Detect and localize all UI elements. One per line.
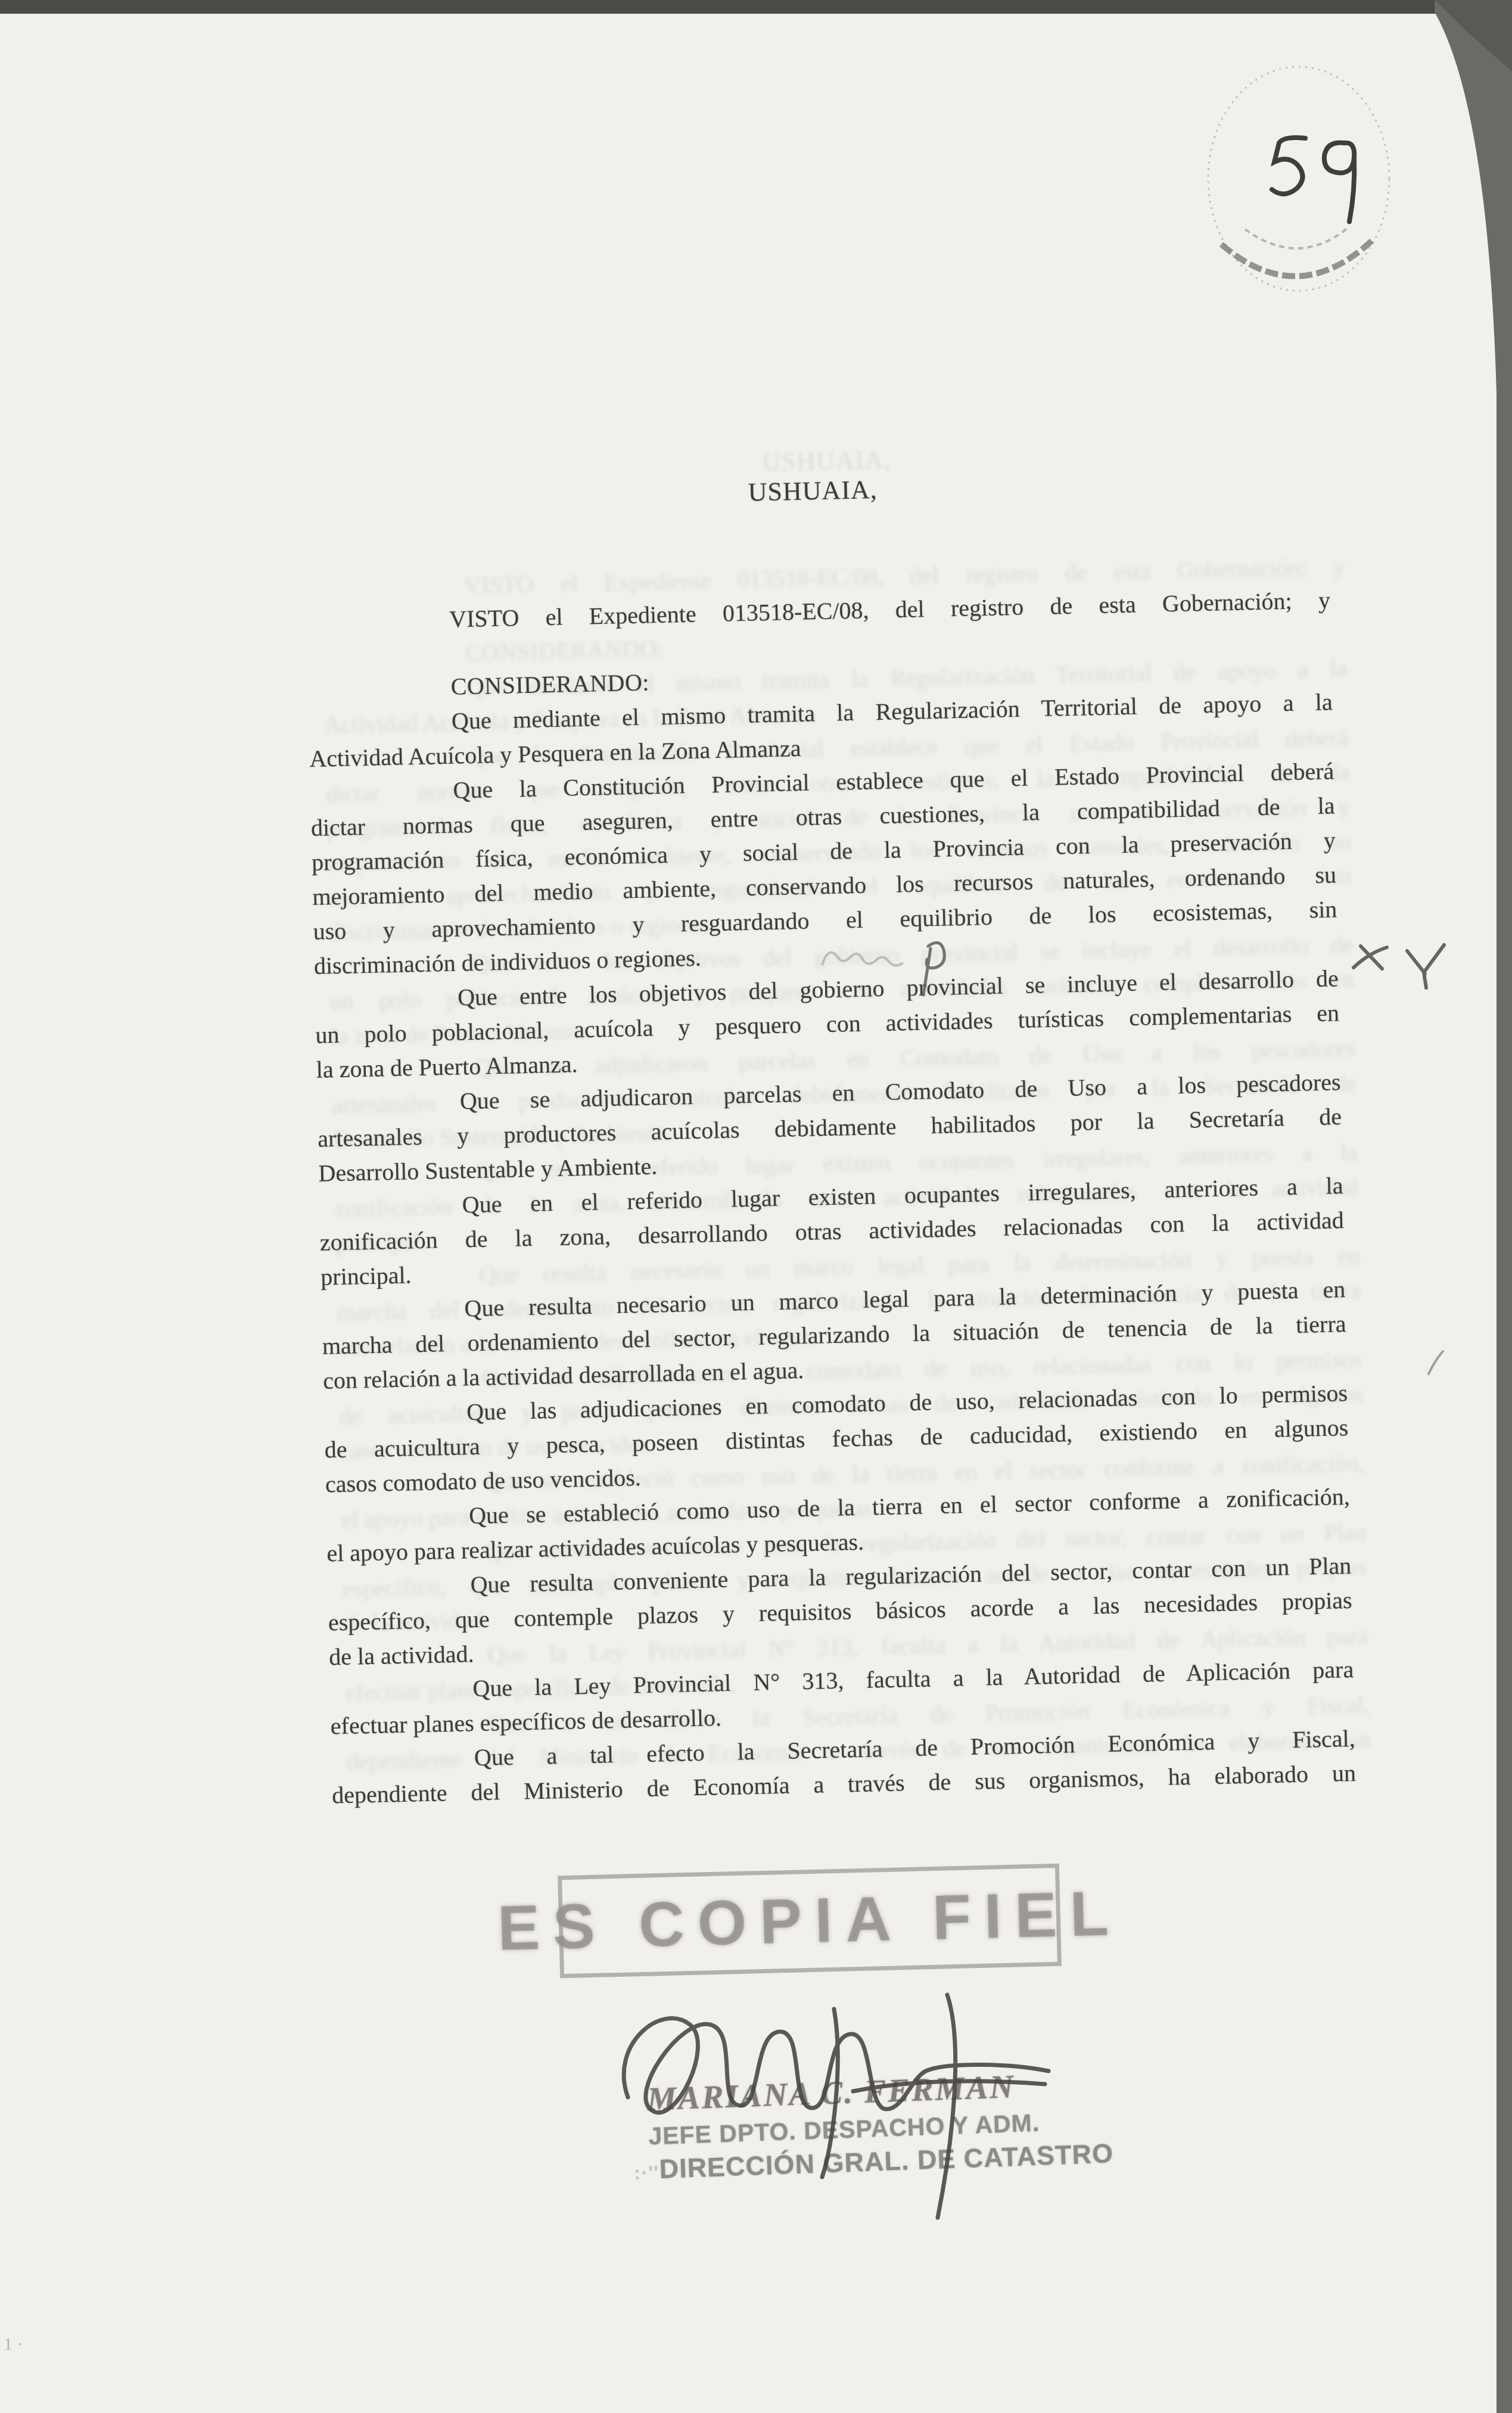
visto-line: VISTO el Expediente 013518-EC/08, del re… [306,583,1331,639]
copy-certification-stamp: ES COPIA FIEL [558,1864,1062,1979]
handwritten-page-number-strokes [1272,138,1354,222]
document-text: VISTO el Expediente 013518-EC/08, del re… [306,583,1357,1812]
document-body: USHUAIA, VISTO el Expediente 013518-EC/0… [303,462,1356,1812]
round-stamp-inner-arc [1245,228,1348,248]
margin-tick [1425,1348,1449,1377]
signature [597,1967,1074,2229]
corner-mark: 1 · [4,2334,23,2355]
round-stamp-bottom-arc [1221,238,1374,276]
margin-check-marks [1348,937,1455,1002]
pencil-annotation [817,922,954,1000]
paragraphs: Que mediante el mismo tramita la Regular… [308,685,1356,1812]
scanned-document-page: USHUAIA, VISTO el Expediente 013518-EC/0… [0,0,1512,2413]
copy-stamp-text: ES COPIA FIEL [497,1877,1122,1965]
round-stamp [1189,54,1409,310]
